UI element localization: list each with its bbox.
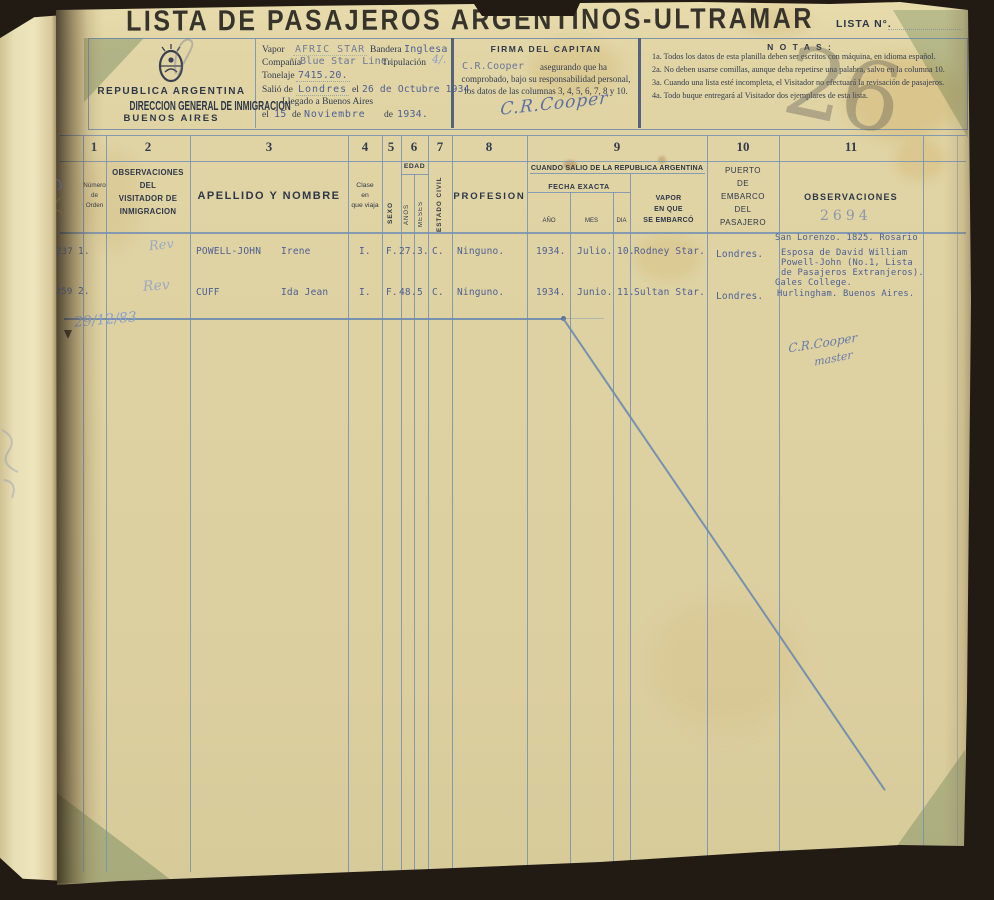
row-1-clase: I. — [359, 246, 371, 257]
row-2-salida-mes: Junio. — [577, 287, 613, 298]
row-1-surname: POWELL-JOHN — [196, 246, 261, 257]
header-estado-civil: ESTADO CIVIL — [436, 188, 443, 232]
row-1-obs-line: Powell-John (No.1, Lista — [781, 258, 913, 268]
row-2-salida-ano: 1934. — [536, 287, 566, 298]
row-1-vapor: Rodney Star. — [634, 246, 705, 257]
column-line — [190, 135, 191, 872]
compania-label: Compañía — [262, 58, 301, 68]
column-line — [779, 135, 780, 872]
tripulacion-value: 4/. — [432, 53, 446, 66]
row-2-obs-line: Hurlingham. Buenos Aires. — [777, 289, 914, 299]
row-2-puerto: Londres. — [716, 291, 763, 302]
row-1-firstname: Irene — [281, 246, 311, 257]
header-edad-meses: MESES — [418, 198, 424, 230]
row-1-sexo: F. — [386, 246, 398, 257]
llegado-de2-label: de — [384, 110, 393, 120]
column-line — [348, 135, 349, 872]
header-divider — [255, 38, 256, 128]
header-fecha-exacta: FECHA EXACTA — [528, 182, 630, 191]
vapor-value: AFRIC STAR — [293, 44, 367, 56]
document-page: LISTA DE PASAJEROS ARGENTINOS-ULTRAMAR L… — [0, 0, 994, 900]
llegado-ano-value: 1934. — [397, 109, 428, 120]
row-2-firstname: Ida Jean — [281, 287, 328, 298]
row-1-salida-ano: 1934. — [536, 246, 566, 257]
paper-stain — [895, 140, 945, 180]
row-1-estado: C. — [432, 246, 444, 257]
header-edad-anos: AÑOS — [404, 198, 410, 230]
header-observaciones: OBSERVACIONES — [779, 192, 923, 202]
pencil-page-number: 26 — [775, 25, 908, 156]
lista-number-label: LISTA N°. — [836, 18, 892, 30]
paper-stain — [650, 600, 800, 730]
captain-line1: asegurando que ha — [540, 62, 607, 72]
header-clase: Clase en que viaja — [348, 181, 382, 211]
header-puerto-embarco: PUERTO DE EMBARCO DEL PASAJERO — [707, 164, 779, 229]
col-number-10: 10 — [723, 139, 763, 155]
row-1-profesion: Ninguno. — [457, 246, 504, 257]
fecha-underline — [528, 192, 630, 193]
row-2-clase: I. — [359, 287, 371, 298]
row-2-visitador-mark: Rev — [142, 277, 170, 295]
header-apellido-nombre: APELLIDO Y NOMBRE — [190, 190, 348, 202]
salio-label: Salió de — [262, 85, 293, 95]
column-line — [707, 135, 708, 872]
header-fecha-mes: MES — [570, 218, 613, 224]
col-number-7: 7 — [420, 139, 460, 155]
row-1-salida-mes: Julio. — [577, 246, 613, 257]
col-number-2: 2 — [128, 139, 168, 155]
reviewer-signature-sub: master — [814, 348, 853, 369]
row-2-vapor: Sultan Star. — [634, 287, 705, 298]
row-1-obs-line: Gales College. — [775, 278, 852, 288]
captain-line2: comprobado, bajo su responsabilidad pers… — [454, 74, 638, 84]
pencil-squiggle — [168, 34, 202, 78]
subcolumn-line — [613, 192, 614, 872]
llegado-de-label: de — [292, 110, 301, 120]
row-1-salida-dia: 10. — [617, 246, 635, 257]
header-edad: EDAD — [401, 163, 428, 170]
header-vapor-embarco: VAPOR EN QUE SE EMBARCÓ — [630, 193, 707, 226]
subcolumn-line — [630, 174, 631, 872]
subcolumn-line — [414, 174, 415, 872]
row-1-margin-stamp: 237 — [56, 247, 73, 257]
ink-spot — [658, 156, 666, 164]
paper-stain — [635, 235, 700, 280]
tonelaje-value: 7415.20. — [296, 70, 350, 82]
row-2-sexo: F. — [386, 287, 398, 298]
row-2-salida-dia: 11. — [617, 287, 635, 298]
stamp-2694: 2694 — [820, 208, 872, 224]
el-label: el — [352, 85, 359, 95]
row-2-edad-anos: 48. — [399, 287, 417, 298]
row-1-puerto: Londres. — [716, 249, 763, 260]
header-sexo: SEXO — [387, 196, 394, 230]
closing-line-stub — [564, 318, 604, 319]
binding-gutter-shadow — [56, 0, 104, 900]
llegado-el-label: el — [262, 110, 269, 120]
column-line — [106, 135, 107, 872]
row-1-edad-anos: 27. — [399, 246, 417, 257]
numbers-row-line — [60, 161, 966, 162]
column-line — [923, 135, 924, 872]
vapor-label: Vapor — [262, 45, 285, 55]
row-1-edad-meses: 3. — [417, 246, 429, 257]
column-line — [527, 135, 528, 872]
header-profesion: PROFESION — [452, 191, 527, 202]
llegado-dia-value: 15 — [274, 109, 286, 120]
row-1-visitador-mark: Rev — [148, 237, 174, 255]
salio-puerto-value: Londres — [296, 84, 349, 96]
tonelaje-label: Tonelaje — [262, 71, 295, 81]
column-line — [452, 135, 453, 872]
tripulacion-label: Tripulación — [382, 58, 426, 68]
col-number-9: 9 — [597, 139, 637, 155]
row-1-obs-line: de Pasajeros Extranjeros). — [781, 268, 924, 278]
header-fecha-ano: AÑO — [528, 218, 570, 224]
row-2-estado: C. — [432, 287, 444, 298]
page-right-edge-shadow — [944, 0, 976, 900]
column-line — [382, 135, 383, 872]
header-fecha-dia: DIA — [613, 218, 630, 224]
col-number-8: 8 — [469, 139, 509, 155]
compania-value: Blue Star Line. — [300, 56, 393, 67]
edge-pencil-scribble — [0, 420, 24, 510]
row-1-obs-line: Esposa de David William — [781, 248, 907, 258]
row-2-edad-meses: 5 — [417, 287, 423, 298]
cuando-underline — [530, 173, 705, 174]
row-1-obs-line: San Lorenzo. 1825. Rosario — [775, 233, 918, 243]
closing-line — [64, 318, 564, 320]
captain-name-typed: C.R.Cooper — [462, 61, 524, 72]
row-2-surname: CUFF — [196, 287, 220, 298]
row-2-profesion: Ninguno. — [457, 287, 504, 298]
header-cuando-salio: CUANDO SALIO DE LA REPUBLICA ARGENTINA — [527, 164, 707, 172]
agency-republic: REPUBLICA ARGENTINA — [88, 86, 255, 97]
llegado-label: Llegado a Buenos Aires — [282, 97, 373, 107]
captain-heading: FIRMA DEL CAPITAN — [456, 44, 636, 54]
subcolumn-line — [570, 192, 571, 872]
bandera-label: Bandera — [370, 45, 402, 55]
agency-city: BUENOS AIRES — [88, 113, 255, 124]
col-number-3: 3 — [249, 139, 289, 155]
header-observaciones-visitador: OBSERVACIONES DEL VISITADOR DE INMIGRACI… — [106, 166, 190, 218]
header-divider — [638, 38, 641, 128]
llegado-mes-value: Noviembre — [304, 109, 365, 120]
